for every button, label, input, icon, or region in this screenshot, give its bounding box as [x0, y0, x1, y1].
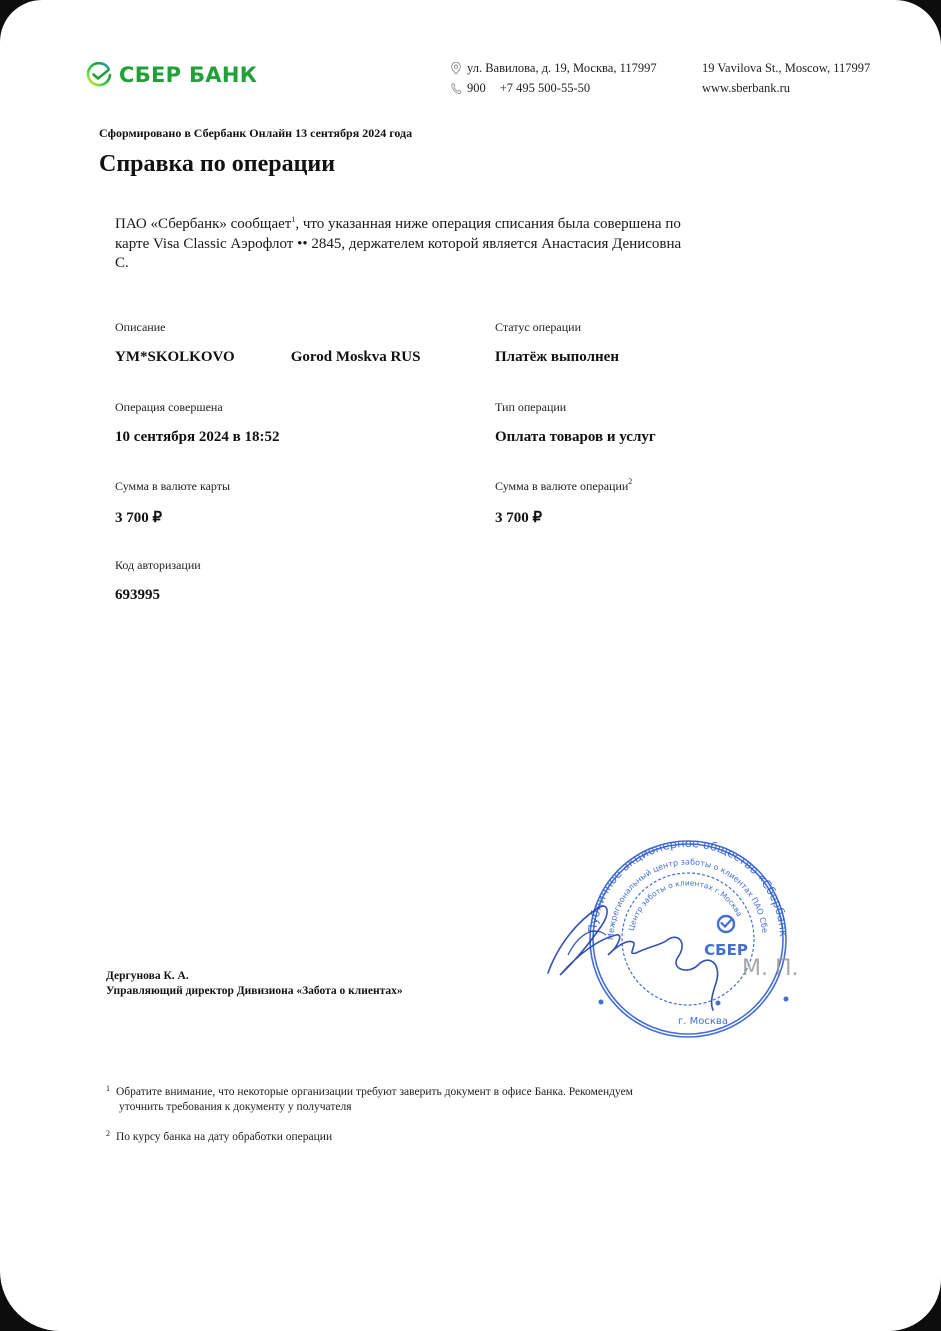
address-en: 19 Vavilova St., Moscow, 117997 [702, 58, 870, 78]
datetime-label: Операция совершена [115, 400, 279, 415]
intro-text-start: ПАО «Сбербанк» сообщает [115, 216, 291, 232]
field-auth-code: Код авторизации 693995 [115, 558, 201, 604]
phone-icon [450, 82, 462, 95]
status-value: Платёж выполнен [495, 349, 619, 366]
op-amount-label: Сумма в валюте операции [495, 479, 628, 493]
stamp-and-signature: Публичное акционерное общество «Сбербанк… [538, 835, 838, 1045]
auth-code-value: 693995 [115, 587, 201, 604]
footnote-2-line1: По курсу банка на дату обработки операци… [116, 1131, 332, 1143]
footnote-ref-2: 2 [628, 477, 632, 486]
footnote-2: 2По курсу банка на дату обработки операц… [106, 1126, 332, 1145]
field-card-amount: Сумма в валюте карты 3 700 ₽ [115, 479, 230, 527]
op-amount-value: 3 700 ₽ [495, 508, 632, 527]
signer-block: Дергунова К. А. Управляющий директор Див… [106, 969, 403, 999]
contacts-ru: ул. Вавилова, д. 19, Москва, 117997 900 … [450, 58, 657, 98]
contacts-en: 19 Vavilova St., Moscow, 117997 www.sber… [702, 58, 870, 98]
svg-text:М. П.: М. П. [742, 956, 799, 981]
merchant-city: Gorod Moskva RUS [291, 349, 421, 365]
footnote-1-line1: Обратите внимание, что некоторые организ… [116, 1086, 633, 1098]
field-op-amount: Сумма в валюте операции2 3 700 ₽ [495, 479, 632, 527]
card-amount-value: 3 700 ₽ [115, 508, 230, 527]
field-status: Статус операции Платёж выполнен [495, 320, 619, 366]
footnote-1-mark: 1 [106, 1081, 116, 1096]
datetime-value: 10 сентября 2024 в 18:52 [115, 429, 279, 446]
page-title: Справка по операции [99, 151, 335, 178]
type-label: Тип операции [495, 400, 656, 415]
phone-short: 900 [467, 78, 486, 98]
type-value: Оплата товаров и услуг [495, 429, 656, 446]
footnote-2-mark: 2 [106, 1126, 116, 1141]
signer-position: Управляющий директор Дивизиона «Забота о… [106, 984, 403, 999]
document-page: СБЕР БАНК ул. Вавилова, д. 19, Москва, 1… [0, 0, 941, 1331]
signer-name: Дергунова К. А. [106, 969, 403, 984]
description-label: Описание [115, 320, 420, 335]
auth-code-label: Код авторизации [115, 558, 201, 573]
location-pin-icon [450, 62, 462, 75]
phone-full: +7 495 500-55-50 [500, 78, 590, 98]
footnote-1-line2: уточнить требования к документу у получа… [106, 1100, 633, 1115]
field-datetime: Операция совершена 10 сентября 2024 в 18… [115, 400, 279, 446]
sber-checkmark-icon [86, 62, 112, 88]
address-ru: ул. Вавилова, д. 19, Москва, 117997 [467, 58, 657, 78]
sberbank-logo: СБЕР БАНК [86, 62, 257, 88]
card-amount-label: Сумма в валюте карты [115, 479, 230, 494]
svg-text:г. Москва: г. Москва [678, 1016, 728, 1027]
website: www.sberbank.ru [702, 78, 870, 98]
field-type: Тип операции Оплата товаров и услуг [495, 400, 656, 446]
field-description: Описание YM*SKOLKOVOGorod Moskva RUS [115, 320, 420, 366]
merchant-name: YM*SKOLKOVO [115, 349, 235, 365]
status-label: Статус операции [495, 320, 619, 335]
formed-note: Сформировано в Сбербанк Онлайн 13 сентяб… [99, 126, 412, 141]
intro-paragraph: ПАО «Сбербанк» сообщает1, что указанная … [115, 215, 695, 274]
logo-wordmark: СБЕР БАНК [119, 62, 257, 88]
footnote-1: 1Обратите внимание, что некоторые органи… [106, 1081, 633, 1115]
